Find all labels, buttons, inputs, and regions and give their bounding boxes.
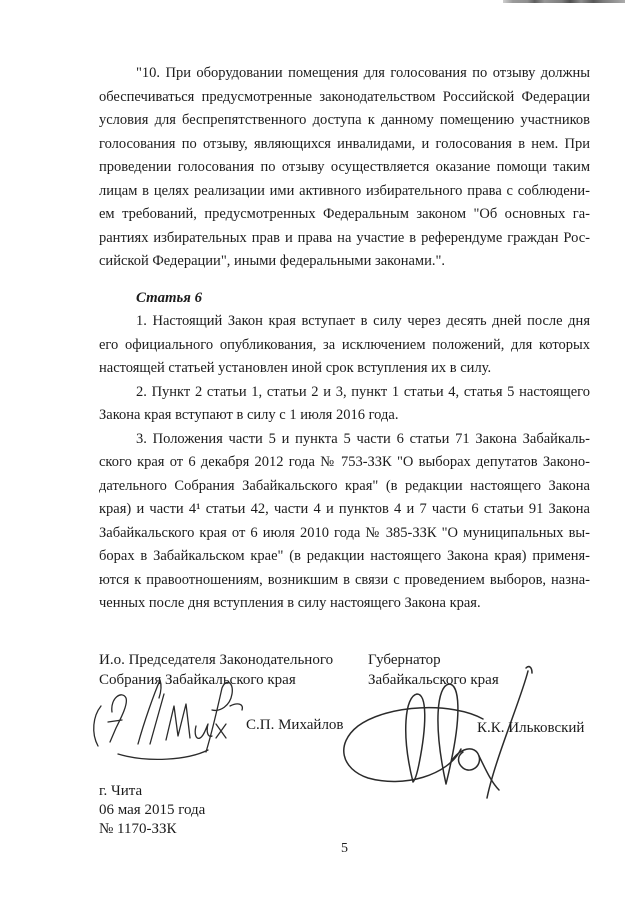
text-line: сийской Федерации", иными федеральными з… [99,250,590,274]
document-number: № 1170-ЗЗК [99,821,177,838]
text-line: ем требований, предусмотренных Федеральн… [99,203,590,227]
paragraph-2: 2. Пункт 2 статьи 1, статьи 2 и 3, пункт… [99,381,590,428]
text-line: проведении голосования по отзыву осущест… [99,156,590,180]
text-line: лицам в целях реализации ими активного и… [99,180,590,204]
signatory-name-left: С.П. Михайлов [246,717,344,734]
signatory-name-right: К.К. Ильковский [477,720,584,737]
text-line: края) и части 4¹ статьи 42, части 4 и пу… [99,498,590,522]
footer-place-date: г. Чита 06 мая 2015 года [99,782,205,819]
handwritten-signature-right-icon [333,664,545,816]
text-line: 2. Пункт 2 статьи 1, статьи 2 и 3, пункт… [99,381,590,405]
article-heading: Статья 6 [99,287,590,311]
page-number: 5 [99,841,590,857]
text-line: "10. При оборудовании помещения для голо… [99,62,590,86]
text-line: 1. Настоящий Закон края вступает в силу … [99,310,590,334]
text-line: борах в Забайкальском крае" (в редакции … [99,545,590,569]
footer-city: г. Чита [99,782,205,801]
scanner-edge-artifact [503,0,625,3]
document-body: "10. При оборудовании помещения для голо… [99,62,590,616]
quote-paragraph: "10. При оборудовании помещения для голо… [99,62,590,274]
paragraph-3: 3. Положения части 5 и пункта 5 части 6 … [99,428,590,616]
signatory-title-left-line1: И.о. Председателя Законодательного [99,651,333,671]
text-line: 3. Положения части 5 и пункта 5 части 6 … [99,428,590,452]
text-line: дательного Собрания Забайкальского края"… [99,475,590,499]
document-page: "10. При оборудовании помещения для голо… [0,0,640,905]
text-line: условия для беспрепятственного доступа к… [99,109,590,133]
paragraph-1: 1. Настоящий Закон края вступает в силу … [99,310,590,381]
footer-date: 06 мая 2015 года [99,801,205,820]
text-line: настоящей статьей установлен иной срок в… [99,357,590,381]
text-line: ются к правоотношениям, возникшим в связ… [99,569,590,593]
text-line: ченных после дня вступления в силу насто… [99,592,590,616]
text-line: голосования по отзыву, являющихся инвали… [99,133,590,157]
text-line: обеспечиваться предусмотренные законодат… [99,86,590,110]
text-line: ского края от 6 декабря 2012 года № 753-… [99,451,590,475]
text-line: Закона края вступают в силу с 1 июля 201… [99,404,590,428]
text-line: рантиях избирательных прав и права на уч… [99,227,590,251]
text-line: его официального опубликования, за исклю… [99,334,590,358]
text-line: Забайкальского края от 6 июля 2010 года … [99,522,590,546]
handwritten-signature-left-icon [88,676,248,772]
